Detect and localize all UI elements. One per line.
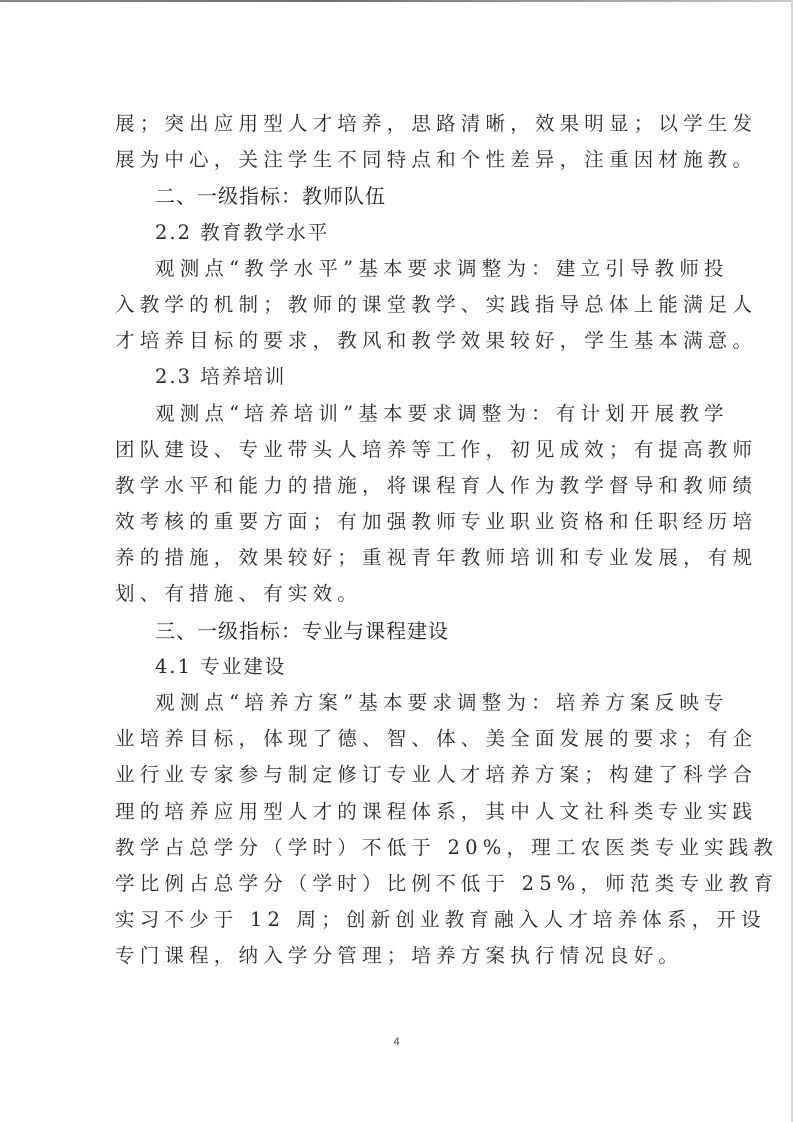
body-line: 团队建设、专业带头人培养等工作，初见成效；有提高教师 xyxy=(115,432,695,468)
body-line: 展为中心，关注学生不同特点和个性差异，注重因材施教。 xyxy=(115,142,695,178)
page-number: 4 xyxy=(0,1036,793,1048)
body-line: 展；突出应用型人才培养，思路清晰，效果明显；以学生发 xyxy=(115,106,695,142)
subsection-heading-2-2: 2.2 教育教学水平 xyxy=(115,215,695,251)
section-heading-teachers: 二、一级指标：教师队伍 xyxy=(115,178,695,214)
subsection-heading-2-3: 2.3 培养培训 xyxy=(115,359,695,395)
body-line: 理的培养应用型人才的课程体系，其中人文社科类专业实践 xyxy=(115,794,695,830)
section-heading-programs-courses: 三、一级指标：专业与课程建设 xyxy=(115,613,695,649)
body-line: 实习不少于 12 周；创新创业教育融入人才培养体系，开设 xyxy=(115,902,695,938)
body-line: 观测点“教学水平”基本要求调整为：建立引导教师投 xyxy=(115,251,695,287)
scan-edge-top xyxy=(0,0,793,2)
body-line: 业培养目标，体现了德、智、体、美全面发展的要求；有企 xyxy=(115,721,695,757)
body-line: 观测点“培养方案”基本要求调整为：培养方案反映专 xyxy=(115,685,695,721)
body-line: 业行业专家参与制定修订专业人才培养方案；构建了科学合 xyxy=(115,757,695,793)
body-line: 教学占总学分（学时）不低于 20%，理工农医类专业实践教 xyxy=(115,830,695,866)
body-line: 划、有措施、有实效。 xyxy=(115,576,695,612)
body-line: 才培养目标的要求，教风和教学效果较好，学生基本满意。 xyxy=(115,323,695,359)
body-line: 专门课程，纳入学分管理；培养方案执行情况良好。 xyxy=(115,938,695,974)
body-line: 观测点“培养培训”基本要求调整为：有计划开展教学 xyxy=(115,396,695,432)
document-page: 展；突出应用型人才培养，思路清晰，效果明显；以学生发 展为中心，关注学生不同特点… xyxy=(115,106,695,975)
body-line: 学比例占总学分（学时）比例不低于 25%，师范类专业教育 xyxy=(115,866,695,902)
subsection-heading-4-1: 4.1 专业建设 xyxy=(115,649,695,685)
body-line: 教学水平和能力的措施，将课程育人作为教学督导和教师绩 xyxy=(115,468,695,504)
body-line: 养的措施，效果较好；重视青年教师培训和专业发展，有规 xyxy=(115,540,695,576)
body-line: 效考核的重要方面；有加强教师专业职业资格和任职经历培 xyxy=(115,504,695,540)
body-line: 入教学的机制；教师的课堂教学、实践指导总体上能满足人 xyxy=(115,287,695,323)
